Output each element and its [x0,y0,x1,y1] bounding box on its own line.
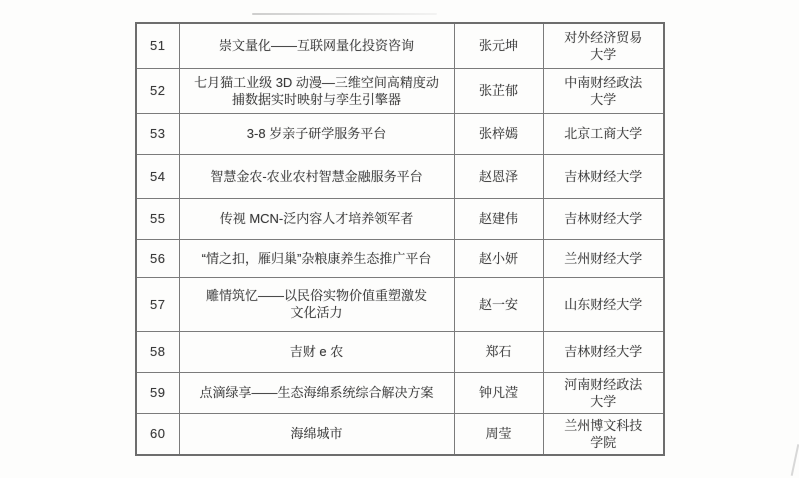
table-row: 55 传视 MCN-泛内容人才培养领军者 赵建伟 吉林财经大学 [136,198,664,239]
row-number-cell: 59 [136,372,179,413]
student-name-cell: 张元坤 [454,23,543,68]
university-cell: 对外经济贸易 大学 [543,23,664,68]
student-name-cell: 张芷郁 [454,68,543,113]
student-name-cell: 郑石 [454,331,543,372]
table-row: 57 雕情筑忆——以民俗实物价值重塑激发 文化活力 赵一安 山东财经大学 [136,277,664,331]
university-cell: 吉林财经大学 [543,154,664,198]
table-row: 54 智慧金农-农业农村智慧金融服务平台 赵恩泽 吉林财经大学 [136,154,664,198]
row-number-cell: 52 [136,68,179,113]
project-name-cell: 崇文量化——互联网量化投资咨询 [179,23,454,68]
university-cell: 北京工商大学 [543,113,664,154]
project-name-cell: 智慧金农-农业农村智慧金融服务平台 [179,154,454,198]
project-list-table: 51 崇文量化——互联网量化投资咨询 张元坤 对外经济贸易 大学 52 七月猫工… [135,22,665,456]
row-number-cell: 53 [136,113,179,154]
project-name-cell: 海绵城市 [179,413,454,455]
scan-artifact-top-line [252,13,437,15]
university-cell: 吉林财经大学 [543,331,664,372]
project-list-body: 51 崇文量化——互联网量化投资咨询 张元坤 对外经济贸易 大学 52 七月猫工… [136,23,664,455]
table-row: 58 吉财 e 农 郑石 吉林财经大学 [136,331,664,372]
table-row: 53 3-8 岁亲子研学服务平台 张梓嫣 北京工商大学 [136,113,664,154]
table-row: 56 “情之扣，雁归巢”杂粮康养生态推广平台 赵小妍 兰州财经大学 [136,239,664,277]
university-cell: 吉林财经大学 [543,198,664,239]
row-number-cell: 55 [136,198,179,239]
project-name-cell: 雕情筑忆——以民俗实物价值重塑激发 文化活力 [179,277,454,331]
project-name-cell: 点滴绿享——生态海绵系统综合解决方案 [179,372,454,413]
row-number-cell: 56 [136,239,179,277]
project-name-cell: 传视 MCN-泛内容人才培养领军者 [179,198,454,239]
university-cell: 河南财经政法 大学 [543,372,664,413]
table-row: 51 崇文量化——互联网量化投资咨询 张元坤 对外经济贸易 大学 [136,23,664,68]
row-number-cell: 51 [136,23,179,68]
student-name-cell: 张梓嫣 [454,113,543,154]
table-row: 60 海绵城市 周莹 兰州博文科技 学院 [136,413,664,455]
scan-artifact-bottom-right [791,444,799,476]
university-cell: 兰州财经大学 [543,239,664,277]
student-name-cell: 赵恩泽 [454,154,543,198]
student-name-cell: 钟凡滢 [454,372,543,413]
table-row: 52 七月猫工业级 3D 动漫—三维空间高精度动 捕数据实时映射与孪生引擎器 张… [136,68,664,113]
project-name-cell: “情之扣，雁归巢”杂粮康养生态推广平台 [179,239,454,277]
table-row: 59 点滴绿享——生态海绵系统综合解决方案 钟凡滢 河南财经政法 大学 [136,372,664,413]
row-number-cell: 60 [136,413,179,455]
student-name-cell: 赵建伟 [454,198,543,239]
student-name-cell: 赵小妍 [454,239,543,277]
row-number-cell: 57 [136,277,179,331]
university-cell: 山东财经大学 [543,277,664,331]
project-name-cell: 吉财 e 农 [179,331,454,372]
university-cell: 中南财经政法 大学 [543,68,664,113]
project-name-cell: 3-8 岁亲子研学服务平台 [179,113,454,154]
student-name-cell: 赵一安 [454,277,543,331]
row-number-cell: 58 [136,331,179,372]
row-number-cell: 54 [136,154,179,198]
university-cell: 兰州博文科技 学院 [543,413,664,455]
project-name-cell: 七月猫工业级 3D 动漫—三维空间高精度动 捕数据实时映射与孪生引擎器 [179,68,454,113]
document-page: 51 崇文量化——互联网量化投资咨询 张元坤 对外经济贸易 大学 52 七月猫工… [0,0,799,478]
student-name-cell: 周莹 [454,413,543,455]
